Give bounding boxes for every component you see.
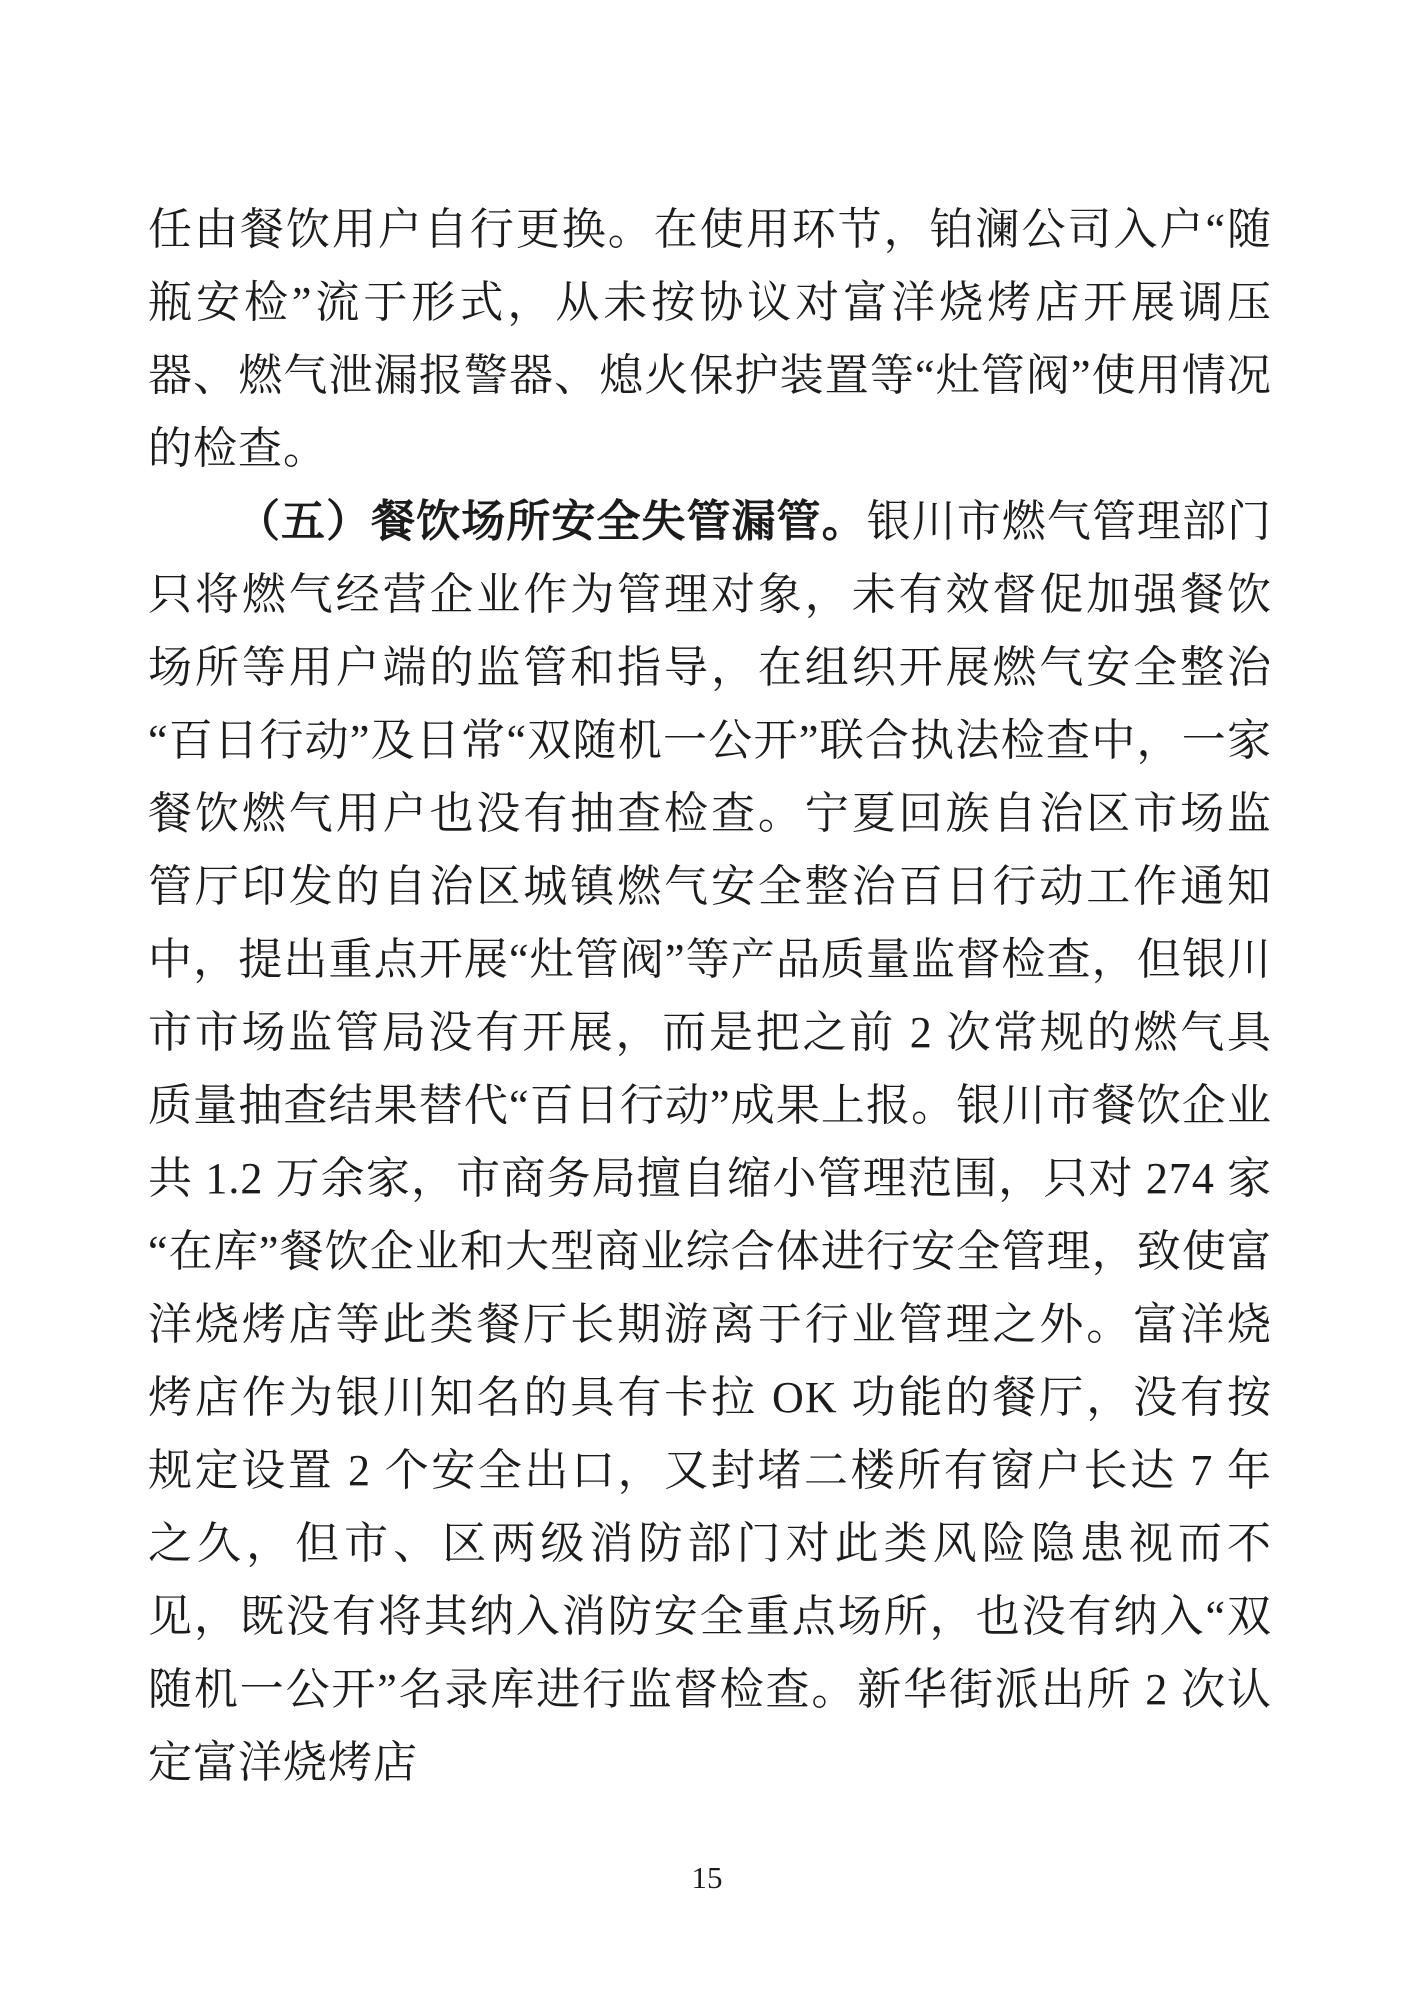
paragraph-text: 任由餐饮用户自行更换。在使用环节，铂澜公司入户“随瓶安检”流于形式，从未按协议对… bbox=[148, 205, 1272, 473]
document-page: 任由餐饮用户自行更换。在使用环节，铂澜公司入户“随瓶安检”流于形式，从未按协议对… bbox=[0, 0, 1414, 2000]
paragraph-continuation: 任由餐饮用户自行更换。在使用环节，铂澜公司入户“随瓶安检”流于形式，从未按协议对… bbox=[148, 193, 1272, 485]
paragraph-section-5: （五）餐饮场所安全失管漏管。银川市燃气管理部门只将燃气经营企业作为管理对象，未有… bbox=[148, 485, 1272, 1799]
body-text: 任由餐饮用户自行更换。在使用环节，铂澜公司入户“随瓶安检”流于形式，从未按协议对… bbox=[148, 193, 1272, 1799]
paragraph-text: 银川市燃气管理部门只将燃气经营企业作为管理对象，未有效督促加强餐饮场所等用户端的… bbox=[148, 497, 1272, 1787]
section-heading: （五）餐饮场所安全失管漏管。 bbox=[236, 497, 867, 546]
page-number: 15 bbox=[0, 1858, 1414, 1898]
